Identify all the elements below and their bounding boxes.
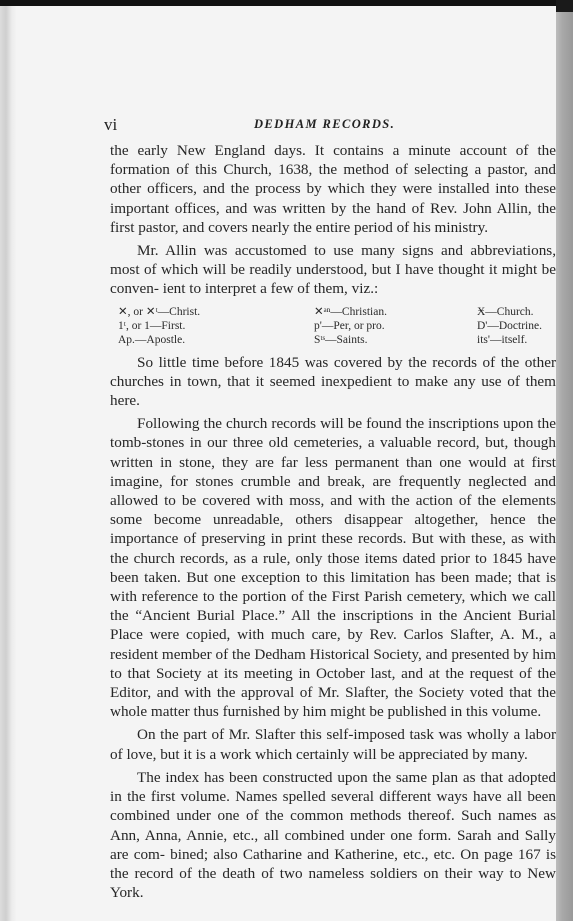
abbreviation-christ: ✕, or ✕ᵗ—Christ. <box>118 305 314 319</box>
text-line: in the first volume. Names spelled sever… <box>110 788 556 805</box>
paragraph-5: On the part of Mr. Slafter this self-imp… <box>110 725 556 763</box>
text-line: love, but it is a work which certainly w… <box>126 746 527 763</box>
body-text: the early New England days. It contains … <box>110 141 556 902</box>
abbreviation-first: 1ᵗ, or 1—First. <box>118 319 314 333</box>
page-header: vi DEDHAM RECORDS. <box>104 115 556 137</box>
paragraph-4: Following the church records will be fou… <box>110 414 556 721</box>
abbreviation-christian: ✕ᵃⁿ—Christian. <box>314 305 477 319</box>
text-line: nearly the entire period of his ministry… <box>252 219 488 236</box>
paragraph-3: So little time before 1845 was covered b… <box>110 353 556 411</box>
scan-corner-shadow <box>556 0 573 12</box>
text-line: furnished by him might be published in t… <box>223 703 542 720</box>
text-line: tomb-stones in our three old cemeteries,… <box>110 434 556 451</box>
paragraph-6: The index has been constructed upon the … <box>110 768 556 902</box>
abbreviation-itself: its'—itself. <box>477 333 567 347</box>
scan-left-margin <box>0 6 16 921</box>
abbreviation-church: Ӿ—Church. <box>477 305 567 319</box>
running-head: DEDHAM RECORDS. <box>254 117 395 132</box>
page-edge-shadow <box>556 6 573 921</box>
text-line: So little time before 1845 was covered b… <box>137 354 556 371</box>
abbreviation-per: p'—Per, or pro. <box>314 319 477 333</box>
text-line: The index has been constructed upon the … <box>137 769 556 786</box>
page-number: vi <box>104 115 117 135</box>
abbreviation-doctrine: D'—Doctrine. <box>477 319 567 333</box>
abbreviations-table: ✕, or ✕ᵗ—Christ. ✕ᵃⁿ—Christian. Ӿ—Church… <box>118 305 556 347</box>
abbreviation-saints: Sᵗˢ—Saints. <box>314 333 477 347</box>
text-line: ient to interpret a few of them, viz.: <box>163 280 379 297</box>
abbreviation-apostle: Ap.—Apostle. <box>118 333 314 347</box>
text-line: churches in town, that it seemed inexped… <box>110 373 556 409</box>
paragraph-2: Mr. Allin was accustomed to use many sig… <box>110 241 556 299</box>
paragraph-1: the early New England days. It contains … <box>110 141 556 237</box>
text-line: Following the church records will be fou… <box>137 415 556 432</box>
